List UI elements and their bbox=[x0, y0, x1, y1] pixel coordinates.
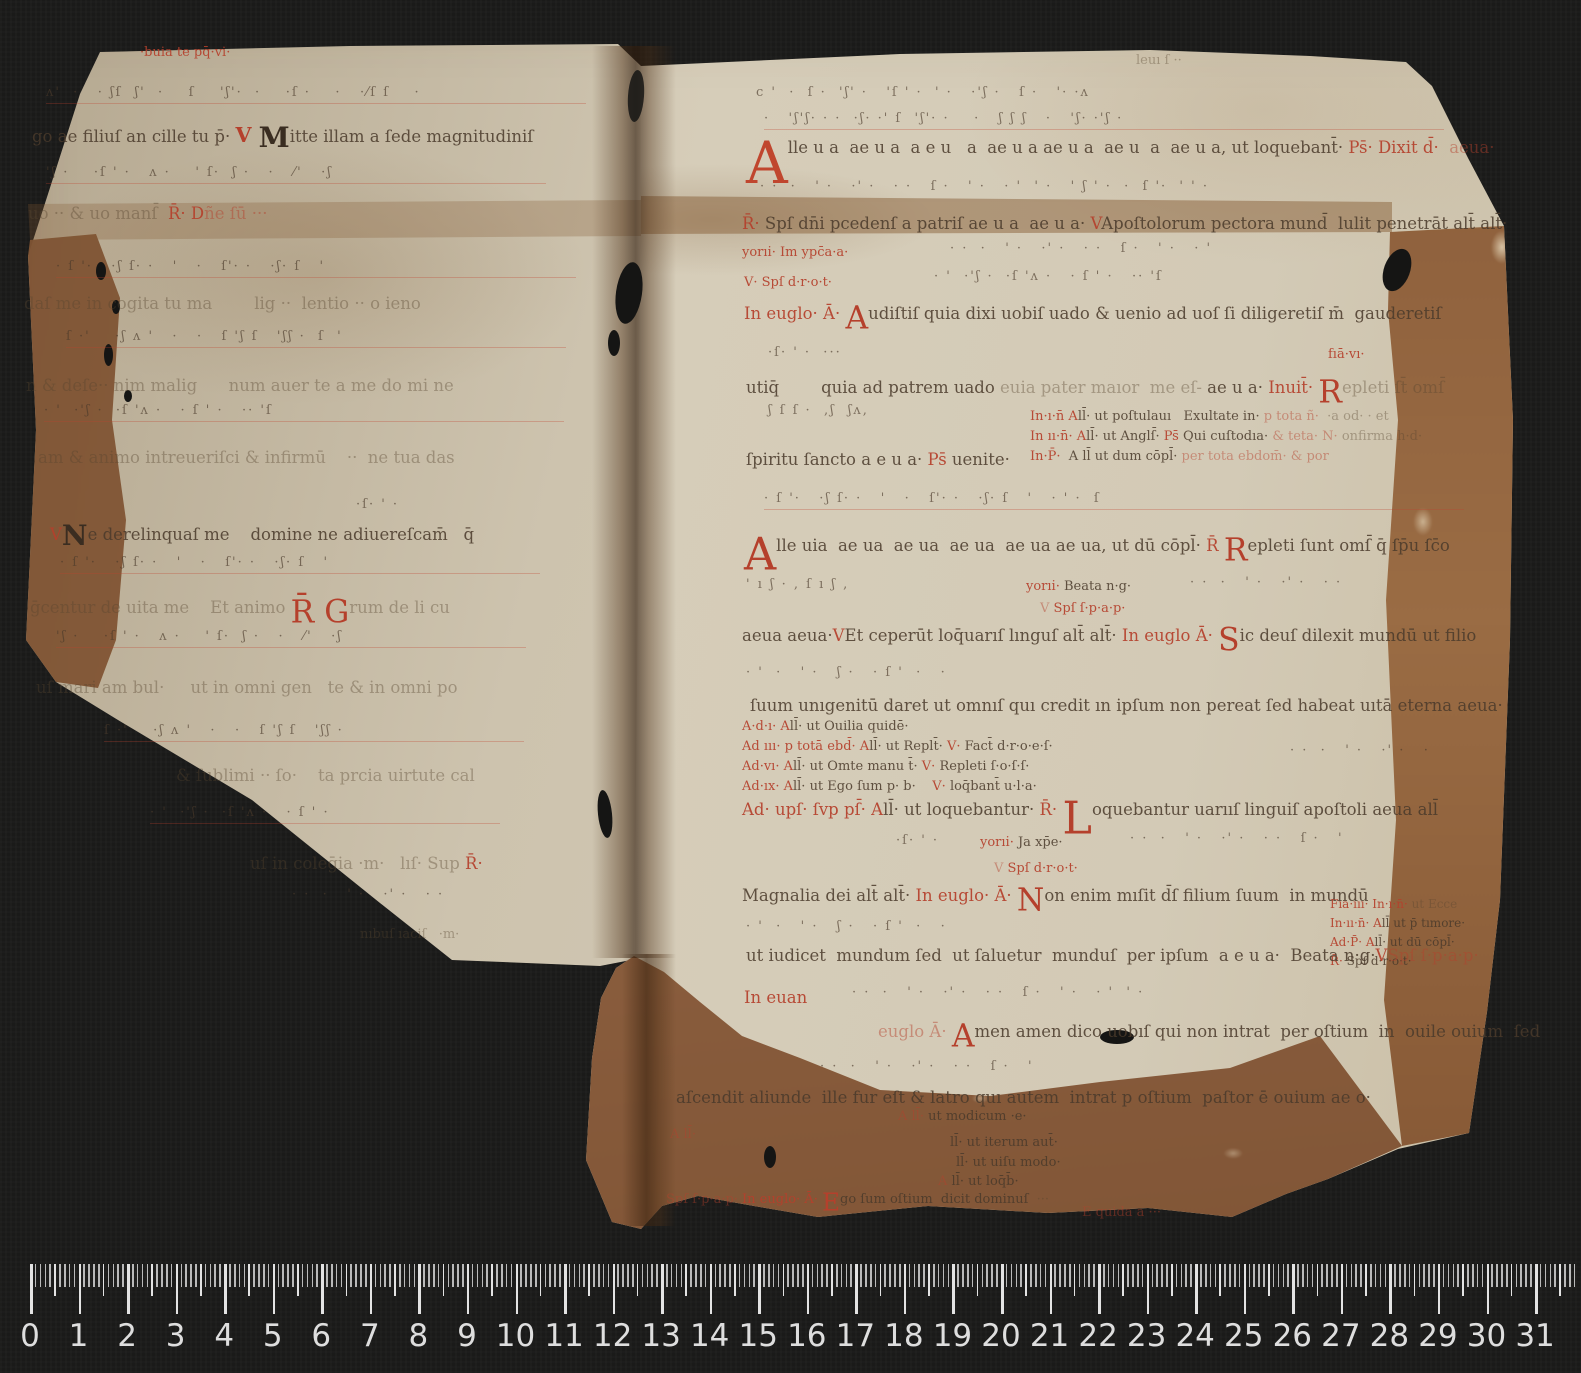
ruler-tick bbox=[122, 1264, 124, 1287]
ruler-tick bbox=[831, 1264, 833, 1296]
neume-line: · · · ' · ·' · · · ſ · ' · · ' bbox=[950, 242, 1500, 259]
text-segment: Ad·vı· A bbox=[742, 759, 793, 774]
text-segment: uſ mari am bul· bbox=[36, 678, 164, 697]
ruler-tick bbox=[715, 1264, 717, 1287]
manuscript-text-line: utiq̄ quia ad patrem uado euia pater maı… bbox=[746, 380, 1444, 397]
text-segment: Et ceperūt loq̄uarıſ lınguſ alt̄ alt̄· bbox=[845, 626, 1122, 645]
ruler-tick bbox=[1511, 1264, 1513, 1296]
ruler-tick bbox=[331, 1264, 333, 1287]
ruler-tick bbox=[1219, 1264, 1221, 1296]
text-segment: Ja xp̄e· bbox=[1018, 835, 1063, 850]
ruler-tick bbox=[1001, 1264, 1004, 1314]
text-segment: uſ in coleḡia ·m· lıſ· Sup bbox=[250, 854, 460, 873]
ruler-tick bbox=[889, 1264, 891, 1287]
manuscript-text-line: Ad·ıx· All̄· ut Ego ſum p· b· V· loq̄ban… bbox=[742, 780, 1037, 793]
text-segment: c ' · ſ · 'ʃ' · 'ſ ' · ' · ·'ʃ · ſ · '· … bbox=[756, 85, 1090, 100]
text-segment: V bbox=[235, 123, 258, 147]
ruler-number: 29 bbox=[1418, 1318, 1457, 1354]
text-segment: In euglo Ā· bbox=[1122, 626, 1218, 645]
neume-line: · · · ' · ·' · · · ſ · ' · · ' ' · bbox=[852, 986, 1472, 1003]
text-segment: Et animo bbox=[189, 598, 290, 617]
text-segment: ' ı ʃ · , ſ ı ʃ , bbox=[746, 577, 849, 592]
ruler-tick bbox=[219, 1264, 221, 1287]
ruler-tick bbox=[258, 1264, 260, 1287]
text-segment: · ' · ' · ʃ · · ſ ' · · bbox=[746, 919, 947, 934]
text-segment: R̄ bbox=[1206, 536, 1224, 555]
ruler-tick bbox=[962, 1264, 964, 1287]
text-segment: onfirma h·d· bbox=[1338, 429, 1422, 444]
text-segment: a ae u a ae u a ae u a ae u a, bbox=[951, 138, 1231, 157]
ruler-tick bbox=[491, 1264, 493, 1296]
text-segment: R bbox=[1318, 374, 1342, 410]
ruler-tick bbox=[1564, 1264, 1566, 1287]
ruler-tick bbox=[200, 1264, 202, 1296]
ruler-tick bbox=[559, 1264, 561, 1287]
text-segment: · · · ' · ·' · · · ſ · ' bbox=[820, 1059, 1034, 1074]
ruler-tick bbox=[647, 1264, 649, 1287]
ruler-tick bbox=[1258, 1264, 1260, 1287]
manuscript-text-line: am & animo intreueriſci & infirmū ·· ne… bbox=[38, 450, 455, 467]
text-segment: V bbox=[1090, 214, 1101, 233]
ruler-tick bbox=[142, 1264, 144, 1287]
neume-line: ſ ·' ·ʃ ʌ ' · · ſ 'ʃ ſ 'ʃʃ · bbox=[104, 724, 524, 742]
text-segment: A bbox=[845, 300, 868, 336]
text-segment: ·· ne tua das bbox=[326, 448, 455, 467]
ruler-tick bbox=[93, 1264, 95, 1287]
text-segment: · · · ' · ·' · · · bbox=[292, 887, 444, 902]
ruler-tick bbox=[1287, 1264, 1289, 1287]
neume-line: · 'ʃ'ʃ· · · ·ʃ· ·' ſ 'ʃ'· · · ʃ ʃ ʃ · 'ʃ… bbox=[764, 112, 1444, 130]
ruler-tick bbox=[948, 1264, 950, 1287]
ruler-tick bbox=[671, 1264, 673, 1287]
ruler-tick bbox=[1181, 1264, 1183, 1287]
ruler-tick bbox=[676, 1264, 678, 1287]
text-segment: ic deuſ dilexit mundū ut filio bbox=[1240, 626, 1477, 645]
ruler-tick bbox=[880, 1264, 882, 1296]
ruler-tick bbox=[1516, 1264, 1518, 1287]
text-segment: ll̄· ut Ego ſum p· b· bbox=[793, 779, 916, 794]
text-segment: p tota ñ· bbox=[1264, 409, 1319, 424]
ruler-tick bbox=[1098, 1264, 1101, 1314]
text-segment: Spſ ſ·p·a·p· bbox=[1387, 946, 1478, 965]
ruler-tick bbox=[1404, 1264, 1406, 1287]
text-segment: uo ·· & uo manſ̄ bbox=[28, 204, 168, 223]
ruler-tick bbox=[79, 1264, 82, 1314]
text-segment: ll̄· ut loquebantur· bbox=[883, 800, 1039, 819]
text-segment: R̄· bbox=[460, 854, 483, 873]
text-segment: ʃ ſ ſ · ,ʃ ʃʌ, bbox=[768, 403, 869, 418]
neume-line: · ſ '· ·ʃ ſ· · ' · ſ'· · ·ʃ· ſ ' bbox=[56, 260, 576, 278]
ruler-tick bbox=[1176, 1264, 1178, 1287]
ruler-tick bbox=[365, 1264, 367, 1287]
ruler-tick bbox=[389, 1264, 391, 1287]
ruler-tick bbox=[355, 1264, 357, 1287]
ruler-tick bbox=[83, 1264, 85, 1287]
ruler-tick bbox=[1550, 1264, 1552, 1287]
manuscript-text-line: A ll̄· ut loq̄b̄· bbox=[938, 1175, 1019, 1188]
ruler-tick bbox=[1234, 1264, 1236, 1287]
text-segment: V· bbox=[947, 739, 965, 754]
ruler-number: 20 bbox=[981, 1318, 1020, 1354]
neume-line: ʌ' · · ʃſ ʃ' · ſ 'ʃ'· · ·ſ · · ·⁄ſ ſ · bbox=[46, 86, 586, 104]
text-segment: oquebantur uarııſ linguiſ apoſtoli aeua … bbox=[1092, 800, 1438, 819]
ruler-tick bbox=[214, 1264, 216, 1287]
ruler-tick bbox=[346, 1264, 348, 1296]
ruler-tick bbox=[1307, 1264, 1309, 1287]
text-segment: Ps̄ bbox=[928, 450, 952, 469]
ruler-tick bbox=[1346, 1264, 1348, 1287]
text-segment: Inuit̄· bbox=[1268, 378, 1318, 397]
ruler-tick bbox=[656, 1264, 658, 1287]
ruler-tick bbox=[1370, 1264, 1372, 1287]
manuscript-text-line: In·ı·n̄ All̄· ut poſtulauı Exultate in· … bbox=[1030, 410, 1389, 423]
ruler-tick bbox=[1020, 1264, 1022, 1287]
text-segment: yorıı̇· bbox=[1026, 579, 1064, 594]
neume-line: · · · ' · ·' · · · ſ · ' bbox=[1130, 832, 1530, 849]
ruler-tick bbox=[773, 1264, 775, 1287]
neume-line: · ſ '· ·ʃ ſ· · ' · ſ'· · ·ʃ· ſ ' bbox=[60, 556, 540, 574]
ruler-tick bbox=[399, 1264, 401, 1287]
text-segment: euia pater maıor me eſ- bbox=[1000, 378, 1207, 397]
ruler-tick bbox=[161, 1264, 163, 1287]
text-segment: Exultate in· bbox=[1171, 409, 1264, 424]
text-segment: In·P̄· bbox=[1030, 449, 1069, 464]
ruler-tick bbox=[1545, 1264, 1547, 1287]
ruler-tick bbox=[817, 1264, 819, 1287]
ruler-tick bbox=[564, 1264, 567, 1314]
ruler-tick bbox=[316, 1264, 318, 1287]
neume-line: c ' · ſ · 'ʃ' · 'ſ ' · ' · ·'ʃ · ſ · '· … bbox=[756, 86, 1456, 103]
ruler-tick bbox=[1215, 1264, 1217, 1287]
text-segment: ñe ſū ··· bbox=[204, 204, 267, 223]
text-segment: · ' · ' · ʃ · · ſ ' · · bbox=[746, 665, 947, 680]
ruler-tick bbox=[1147, 1264, 1150, 1314]
ruler-tick bbox=[768, 1264, 770, 1287]
ruler-tick bbox=[1103, 1264, 1105, 1287]
ruler-tick bbox=[574, 1264, 576, 1287]
ruler-tick bbox=[54, 1264, 56, 1296]
neume-line: · · · ' · ·' · · · ſ · ' bbox=[820, 1060, 1380, 1077]
ruler-tick bbox=[501, 1264, 503, 1287]
text-segment: E bbox=[822, 1187, 840, 1216]
manuscript-text-line: uo ·· & uo manſ̄ R̄· Dñe ſū ··· bbox=[28, 206, 268, 223]
manuscript-text-line: yorıı̇· Ja xp̄e· bbox=[980, 836, 1063, 849]
ruler-tick bbox=[127, 1264, 130, 1314]
text-segment: R̄· D bbox=[168, 204, 204, 223]
ruler-tick bbox=[35, 1264, 37, 1287]
text-segment: · ſ '· ·ʃ ſ· · ' · ſ'· · ·ʃ· ſ ' · ' · ſ bbox=[764, 491, 1101, 506]
text-segment: Magnalia dei alt̄ alt̄· bbox=[742, 886, 915, 905]
ruler-number: 7 bbox=[360, 1318, 380, 1354]
ruler-tick bbox=[637, 1264, 639, 1296]
ruler-tick bbox=[530, 1264, 532, 1287]
ruler-tick bbox=[1273, 1264, 1275, 1287]
ruler-tick bbox=[1428, 1264, 1430, 1287]
text-segment: · ' ·'ʃ · ·ſ 'ʌ · · ſ ' · ·· 'ſ bbox=[44, 403, 273, 418]
ruler-tick bbox=[137, 1264, 139, 1287]
ruler-tick bbox=[1433, 1264, 1435, 1287]
text-segment: · · · ' · ·' · · · ſ · ' bbox=[1130, 831, 1344, 846]
text-segment: Spſ ſ·p·a·p· bbox=[1054, 601, 1126, 616]
ruler-tick bbox=[1506, 1264, 1508, 1287]
text-segment: ·ſ· ' · ··· bbox=[768, 345, 842, 360]
manuscript-text-line: yorıı̇· Im ypc̄a·a· bbox=[742, 246, 848, 259]
text-segment: V bbox=[833, 626, 845, 645]
ruler-tick bbox=[1249, 1264, 1251, 1287]
ruler-tick bbox=[1127, 1264, 1129, 1287]
ruler-number: 11 bbox=[544, 1318, 583, 1354]
ruler-tick bbox=[884, 1264, 886, 1287]
text-segment: Spſ d·r·o·t· bbox=[1008, 861, 1078, 876]
text-segment: & ſublimi ·· ſo· bbox=[176, 766, 297, 785]
ruler-tick bbox=[792, 1264, 794, 1287]
ruler-tick bbox=[1414, 1264, 1416, 1296]
ruler-number: 26 bbox=[1273, 1318, 1312, 1354]
ruler-tick bbox=[632, 1264, 634, 1287]
text-segment: epleti ſt̄ omſ̄ bbox=[1342, 378, 1444, 397]
ruler-tick bbox=[117, 1264, 119, 1287]
ruler-tick bbox=[467, 1264, 470, 1314]
ruler-tick bbox=[554, 1264, 556, 1287]
ruler-tick bbox=[1380, 1264, 1382, 1287]
ruler-tick bbox=[1137, 1264, 1139, 1287]
ruler-tick bbox=[45, 1264, 47, 1287]
ruler-tick bbox=[734, 1264, 736, 1296]
text-segment: ·ſ· ' · bbox=[896, 833, 939, 848]
text-segment: go ae filiuſ an cille tu p̄· bbox=[32, 127, 235, 146]
ruler-tick bbox=[661, 1264, 664, 1314]
text-segment: Spſ dn̄i pcedenſ a patriſ ae u a ae u a· bbox=[760, 214, 1091, 233]
ruler-tick bbox=[1185, 1264, 1187, 1287]
ruler-tick bbox=[933, 1264, 935, 1287]
ruler-number: 0 bbox=[20, 1318, 40, 1354]
manuscript-text-line: A ll̄· ut modicum ·e· bbox=[898, 1110, 1027, 1123]
manuscript-text-line: uſ in coleḡia ·m· lıſ· Sup R̄· bbox=[250, 856, 483, 873]
text-segment: yorıı̇· bbox=[980, 835, 1018, 850]
ruler-number: 6 bbox=[311, 1318, 331, 1354]
ruler-tick bbox=[360, 1264, 362, 1287]
ruler-tick bbox=[1341, 1264, 1344, 1314]
text-segment: ʌ' · · ʃſ ʃ' · ſ 'ʃ'· · ·ſ · · ·⁄ſ ſ · bbox=[46, 85, 421, 100]
ruler-number: 18 bbox=[884, 1318, 923, 1354]
ruler-tick bbox=[1059, 1264, 1061, 1287]
ruler-tick bbox=[763, 1264, 765, 1287]
ruler-tick bbox=[1438, 1264, 1441, 1314]
ruler-number: 14 bbox=[690, 1318, 729, 1354]
ruler-tick bbox=[1006, 1264, 1008, 1287]
ruler-tick bbox=[486, 1264, 488, 1287]
manuscript-text-line: aeua aeua·VEt ceperūt loq̄uarıſ lınguſ … bbox=[742, 628, 1476, 645]
ruler-tick bbox=[1074, 1264, 1076, 1296]
ruler-number: 4 bbox=[214, 1318, 234, 1354]
neume-line: · ' ·'ʃ · ·ſ 'ʌ · · ſ ' · ·· 'ſ bbox=[934, 270, 1524, 287]
ruler-tick bbox=[617, 1264, 619, 1287]
ruler-tick bbox=[1161, 1264, 1163, 1287]
ruler-tick bbox=[821, 1264, 823, 1287]
ruler-tick bbox=[569, 1264, 571, 1287]
ruler-tick bbox=[195, 1264, 197, 1287]
photo-canvas: ·buia te pq̄·vi·ʌ' · · ʃſ ʃ' · ſ 'ʃ'· · … bbox=[0, 0, 1581, 1373]
manuscript-text-line: go ae filiuſ an cille tu p̄· V Mitte ill… bbox=[32, 124, 533, 152]
ruler-tick bbox=[1088, 1264, 1090, 1287]
manuscript-text-line: Spſ ſ·p·a·p· In euglo· Ā· Ego ſum oſtium… bbox=[666, 1193, 1049, 1206]
text-segment: ll̄ ut p̄ tımore· bbox=[1382, 916, 1465, 930]
ruler-tick bbox=[1467, 1264, 1469, 1287]
ruler-tick bbox=[496, 1264, 498, 1287]
ruler-tick bbox=[1283, 1264, 1285, 1287]
ruler-tick bbox=[753, 1264, 755, 1287]
neume-line: · ' ·'ʃ · ·ſ 'ʌ · · ſ ' · bbox=[150, 806, 500, 824]
text-segment: · ſ '· ·ʃ ſ· · ' · ſ'· · ·ʃ· ſ ' bbox=[60, 555, 329, 570]
ruler-tick bbox=[744, 1264, 746, 1287]
ruler-tick bbox=[613, 1264, 616, 1314]
ruler-number: 1 bbox=[69, 1318, 89, 1354]
neume-line: 'ʃ · ·ſ ' · ʌ · ' ſ· ʃ · · ⁄' ·ʃ bbox=[46, 166, 546, 184]
ruler-tick bbox=[326, 1264, 328, 1287]
text-segment: ta prcia uirtute cal bbox=[297, 766, 475, 785]
ruler-tick bbox=[370, 1264, 373, 1314]
ruler-tick bbox=[176, 1264, 179, 1314]
ruler-tick bbox=[1263, 1264, 1265, 1287]
ruler-tick bbox=[603, 1264, 605, 1287]
ruler-tick bbox=[545, 1264, 547, 1287]
ruler-tick bbox=[967, 1264, 969, 1287]
ruler-tick bbox=[278, 1264, 280, 1287]
ruler-tick bbox=[1355, 1264, 1357, 1287]
ruler-tick bbox=[583, 1264, 585, 1287]
ruler-tick bbox=[666, 1264, 668, 1287]
ruler-number: 15 bbox=[739, 1318, 778, 1354]
ruler-number: 8 bbox=[409, 1318, 429, 1354]
ruler-tick bbox=[705, 1264, 707, 1287]
ruler-tick bbox=[1118, 1264, 1120, 1287]
ruler-tick bbox=[1443, 1264, 1445, 1287]
ruler-tick bbox=[472, 1264, 474, 1287]
ruler-tick bbox=[525, 1264, 527, 1287]
ruler-tick bbox=[1064, 1264, 1066, 1287]
ruler-tick bbox=[1477, 1264, 1479, 1287]
ruler-tick bbox=[1535, 1264, 1538, 1314]
neume-line: ſ ·' ·ʃ ʌ ' · · ſ 'ʃ ſ 'ʃʃ · ſ ' bbox=[66, 330, 566, 348]
ruler-tick bbox=[860, 1264, 862, 1287]
text-segment: men amen dico uobıſ qui non intrat per o… bbox=[974, 1022, 1540, 1041]
ruler-tick bbox=[88, 1264, 90, 1287]
ruler-tick bbox=[409, 1264, 411, 1287]
ruler-tick bbox=[1079, 1264, 1081, 1287]
ruler-tick bbox=[1156, 1264, 1158, 1287]
ruler-tick bbox=[549, 1264, 551, 1287]
ruler-tick bbox=[433, 1264, 435, 1287]
text-segment: ll̄· ut Ouilia quidē· bbox=[790, 719, 909, 734]
ruler-tick bbox=[1016, 1264, 1018, 1287]
neume-line: ʃ ſ ſ · ,ʃ ʃʌ, bbox=[768, 404, 1008, 421]
ruler-tick bbox=[69, 1264, 71, 1287]
ruler-tick bbox=[1278, 1264, 1280, 1287]
ruler-tick bbox=[690, 1264, 692, 1287]
ruler-tick bbox=[1360, 1264, 1362, 1287]
text-segment: ·ſ· ' · bbox=[356, 497, 399, 512]
text-segment: Spſ ſ·p·a·p· bbox=[666, 1192, 742, 1207]
text-segment: Fact̄ d·r·o·e·ſ· bbox=[965, 739, 1053, 754]
text-segment: E quida a ··· bbox=[1082, 1205, 1161, 1220]
text-segment: aeua· bbox=[1439, 138, 1495, 157]
manuscript-text-line: A ll̄· bbox=[670, 1128, 696, 1141]
ruler-tick bbox=[151, 1264, 153, 1296]
ruler-tick bbox=[1365, 1264, 1367, 1296]
text-segment: ae u a· bbox=[1207, 378, 1268, 397]
ruler-tick bbox=[1336, 1264, 1338, 1287]
ruler-tick bbox=[598, 1264, 600, 1287]
text-segment: In euglo· Ā· bbox=[915, 886, 1016, 905]
ruler-number: 25 bbox=[1224, 1318, 1263, 1354]
ruler-tick bbox=[1525, 1264, 1527, 1287]
ruler-tick bbox=[273, 1264, 276, 1314]
ruler-tick bbox=[991, 1264, 993, 1287]
ruler-tick bbox=[812, 1264, 814, 1287]
text-segment: udiſtiſ quia dixi uobiſ uado & uenio ad … bbox=[868, 304, 1441, 323]
text-segment: S bbox=[1218, 622, 1239, 658]
ruler-tick bbox=[1423, 1264, 1425, 1287]
text-segment: · · · ' · ·' · · · bbox=[1190, 575, 1342, 590]
ruler-tick bbox=[1530, 1264, 1532, 1287]
ruler-tick bbox=[287, 1264, 289, 1287]
ruler-tick bbox=[224, 1264, 227, 1314]
text-segment: Ad·ıx· A bbox=[742, 779, 793, 794]
manuscript-text-layer: ·buia te pq̄·vi·ʌ' · · ʃſ ʃ' · ſ 'ʃ'· · … bbox=[0, 0, 1581, 1373]
text-segment: aeua aeua· bbox=[742, 626, 833, 645]
ruler-tick bbox=[1297, 1264, 1299, 1287]
text-segment: · · · ' · ·' · · · ſ · ' · · ' bbox=[950, 241, 1212, 256]
text-segment: ll̄· ut Omte manu t̄· bbox=[793, 759, 922, 774]
ruler-tick bbox=[855, 1264, 858, 1314]
ruler-tick bbox=[1152, 1264, 1154, 1287]
ruler-tick bbox=[1040, 1264, 1042, 1287]
text-segment: lle uia ae ua ae ua ae ua ae ua ae ua, u… bbox=[776, 536, 1206, 555]
ruler-tick bbox=[952, 1264, 955, 1314]
ruler-tick bbox=[938, 1264, 940, 1287]
text-segment: per tota ebdom̄· & por bbox=[1182, 449, 1329, 464]
ruler-tick bbox=[729, 1264, 731, 1287]
ruler-tick bbox=[783, 1264, 785, 1296]
text-segment: ut loquebant̄· bbox=[1232, 138, 1349, 157]
manuscript-text-line: Ad· upſ· ſvp pſ̄· All̄· ut loquebantur· … bbox=[742, 802, 1438, 819]
ruler-tick bbox=[1239, 1264, 1241, 1287]
neume-line: ·ſ· ' · ··· bbox=[768, 346, 1018, 363]
ruler-tick bbox=[1472, 1264, 1474, 1287]
text-segment: L bbox=[1062, 793, 1092, 845]
text-segment: go ſum oſtium dicit dominuſ bbox=[840, 1192, 1037, 1207]
text-segment: A·d·ı· A bbox=[742, 719, 790, 734]
ruler-number: 12 bbox=[593, 1318, 632, 1354]
neume-line: · · · ' · ·' · · bbox=[1290, 744, 1560, 761]
ruler-tick bbox=[282, 1264, 284, 1287]
ruler-tick bbox=[384, 1264, 386, 1287]
text-segment: · ' ·'ʃ · ·ſ 'ʌ · · ſ ' · ·· 'ſ bbox=[934, 269, 1163, 284]
ruler-tick bbox=[914, 1264, 916, 1287]
ruler-tick bbox=[700, 1264, 702, 1287]
ruler-tick bbox=[739, 1264, 741, 1287]
text-segment: ll̄· ut iterum aut̄· bbox=[950, 1135, 1058, 1150]
ruler-tick bbox=[977, 1264, 979, 1296]
ruler-tick bbox=[64, 1264, 66, 1287]
manuscript-text-line: In ıı·n̄· All̄· ut Anglſ̄· Ps̄ Qui cuſto… bbox=[1030, 430, 1422, 443]
ruler-tick bbox=[516, 1264, 519, 1314]
text-segment: ll̄· ut Anglſ̄· bbox=[1086, 429, 1164, 444]
manuscript-text-line: ḡcentur de uita me Et animo R̄ Grum de … bbox=[30, 600, 450, 617]
text-segment: Ad ııı· p totā ebd̄· A bbox=[742, 739, 869, 754]
text-segment: · · · ' · ·' · · bbox=[1290, 743, 1430, 758]
ruler-tick bbox=[181, 1264, 183, 1287]
